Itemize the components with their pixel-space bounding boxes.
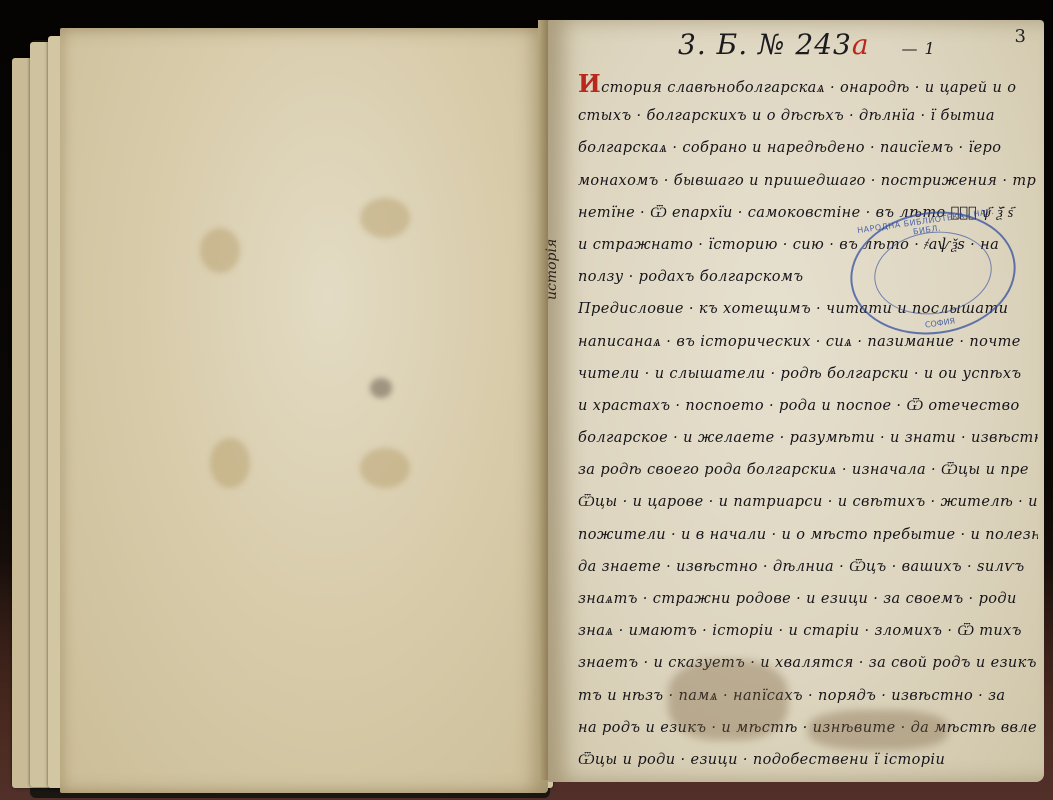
- folio-red-mark: а: [852, 28, 870, 61]
- stain: [210, 438, 250, 488]
- text-line: болгарскаѧ · собрано и наредѣдено · паис…: [578, 132, 1038, 164]
- stain: [200, 228, 240, 273]
- red-initial: И: [578, 69, 601, 98]
- manuscript-text: История славѣноболгарскаѧ · онародѣ · и …: [578, 68, 1038, 776]
- text-line: болгарское · и желаете · разумѣти · и зн…: [578, 422, 1038, 454]
- text-line: пожители · и в начали · и о мѣсто пребыт…: [578, 519, 1038, 551]
- text-line: знаѧ · имаютъ · історіи · и старіи · зло…: [578, 615, 1038, 647]
- folio-number: 243: [795, 28, 851, 61]
- text-line: монахомъ · бывшаго и пришедшаго · постри…: [578, 165, 1038, 197]
- stain: [360, 198, 410, 238]
- margin-note: исторія: [544, 239, 560, 300]
- text-line: и храстахъ · поспоето · рода и поспое · …: [578, 390, 1038, 422]
- left-page-blank: [60, 28, 548, 793]
- text-line: стыхъ · болгарскихъ и о дѣсѣхъ · дѣлнїа …: [578, 100, 1038, 132]
- water-damage: [808, 710, 948, 750]
- stain: [370, 378, 392, 398]
- right-page-text: 3. Б. № 243а — 1 3 исторія История славѣ…: [548, 20, 1044, 782]
- text-line: знаѧтъ · стражни родове · и езици · за с…: [578, 583, 1038, 615]
- text-line: написанаѧ · въ історических · сиѧ · пази…: [578, 326, 1038, 358]
- text-line: Ѿцы и роди · езици · подобествени ї істо…: [578, 744, 1038, 776]
- water-damage: [668, 660, 788, 740]
- text-line: История славѣноболгарскаѧ · онародѣ · и …: [578, 68, 1038, 100]
- text-line: тъ и нѣзъ · памѧ · напїсахъ · порядъ · и…: [578, 680, 1038, 712]
- folio-label: 3. Б. №: [678, 28, 786, 61]
- page-number: 3: [1015, 26, 1026, 47]
- folio-mark: 3. Б. № 243а — 1: [678, 28, 936, 61]
- text-line: чители · и слышатели · родѣ болгарски · …: [578, 358, 1038, 390]
- text-line: знаетъ · и сказуетъ · и хвалятся · за св…: [578, 647, 1038, 679]
- folio-dash: — 1: [901, 39, 935, 58]
- text-line: да знаете · извѣстно · дѣлниа · Ѿцъ · ва…: [578, 551, 1038, 583]
- text-line: Ѿцы · и царове · и патриарси · и свѣтихъ…: [578, 486, 1038, 518]
- stain: [360, 448, 410, 488]
- text-line: за родѣ своего рода болгарскиѧ · изначал…: [578, 454, 1038, 486]
